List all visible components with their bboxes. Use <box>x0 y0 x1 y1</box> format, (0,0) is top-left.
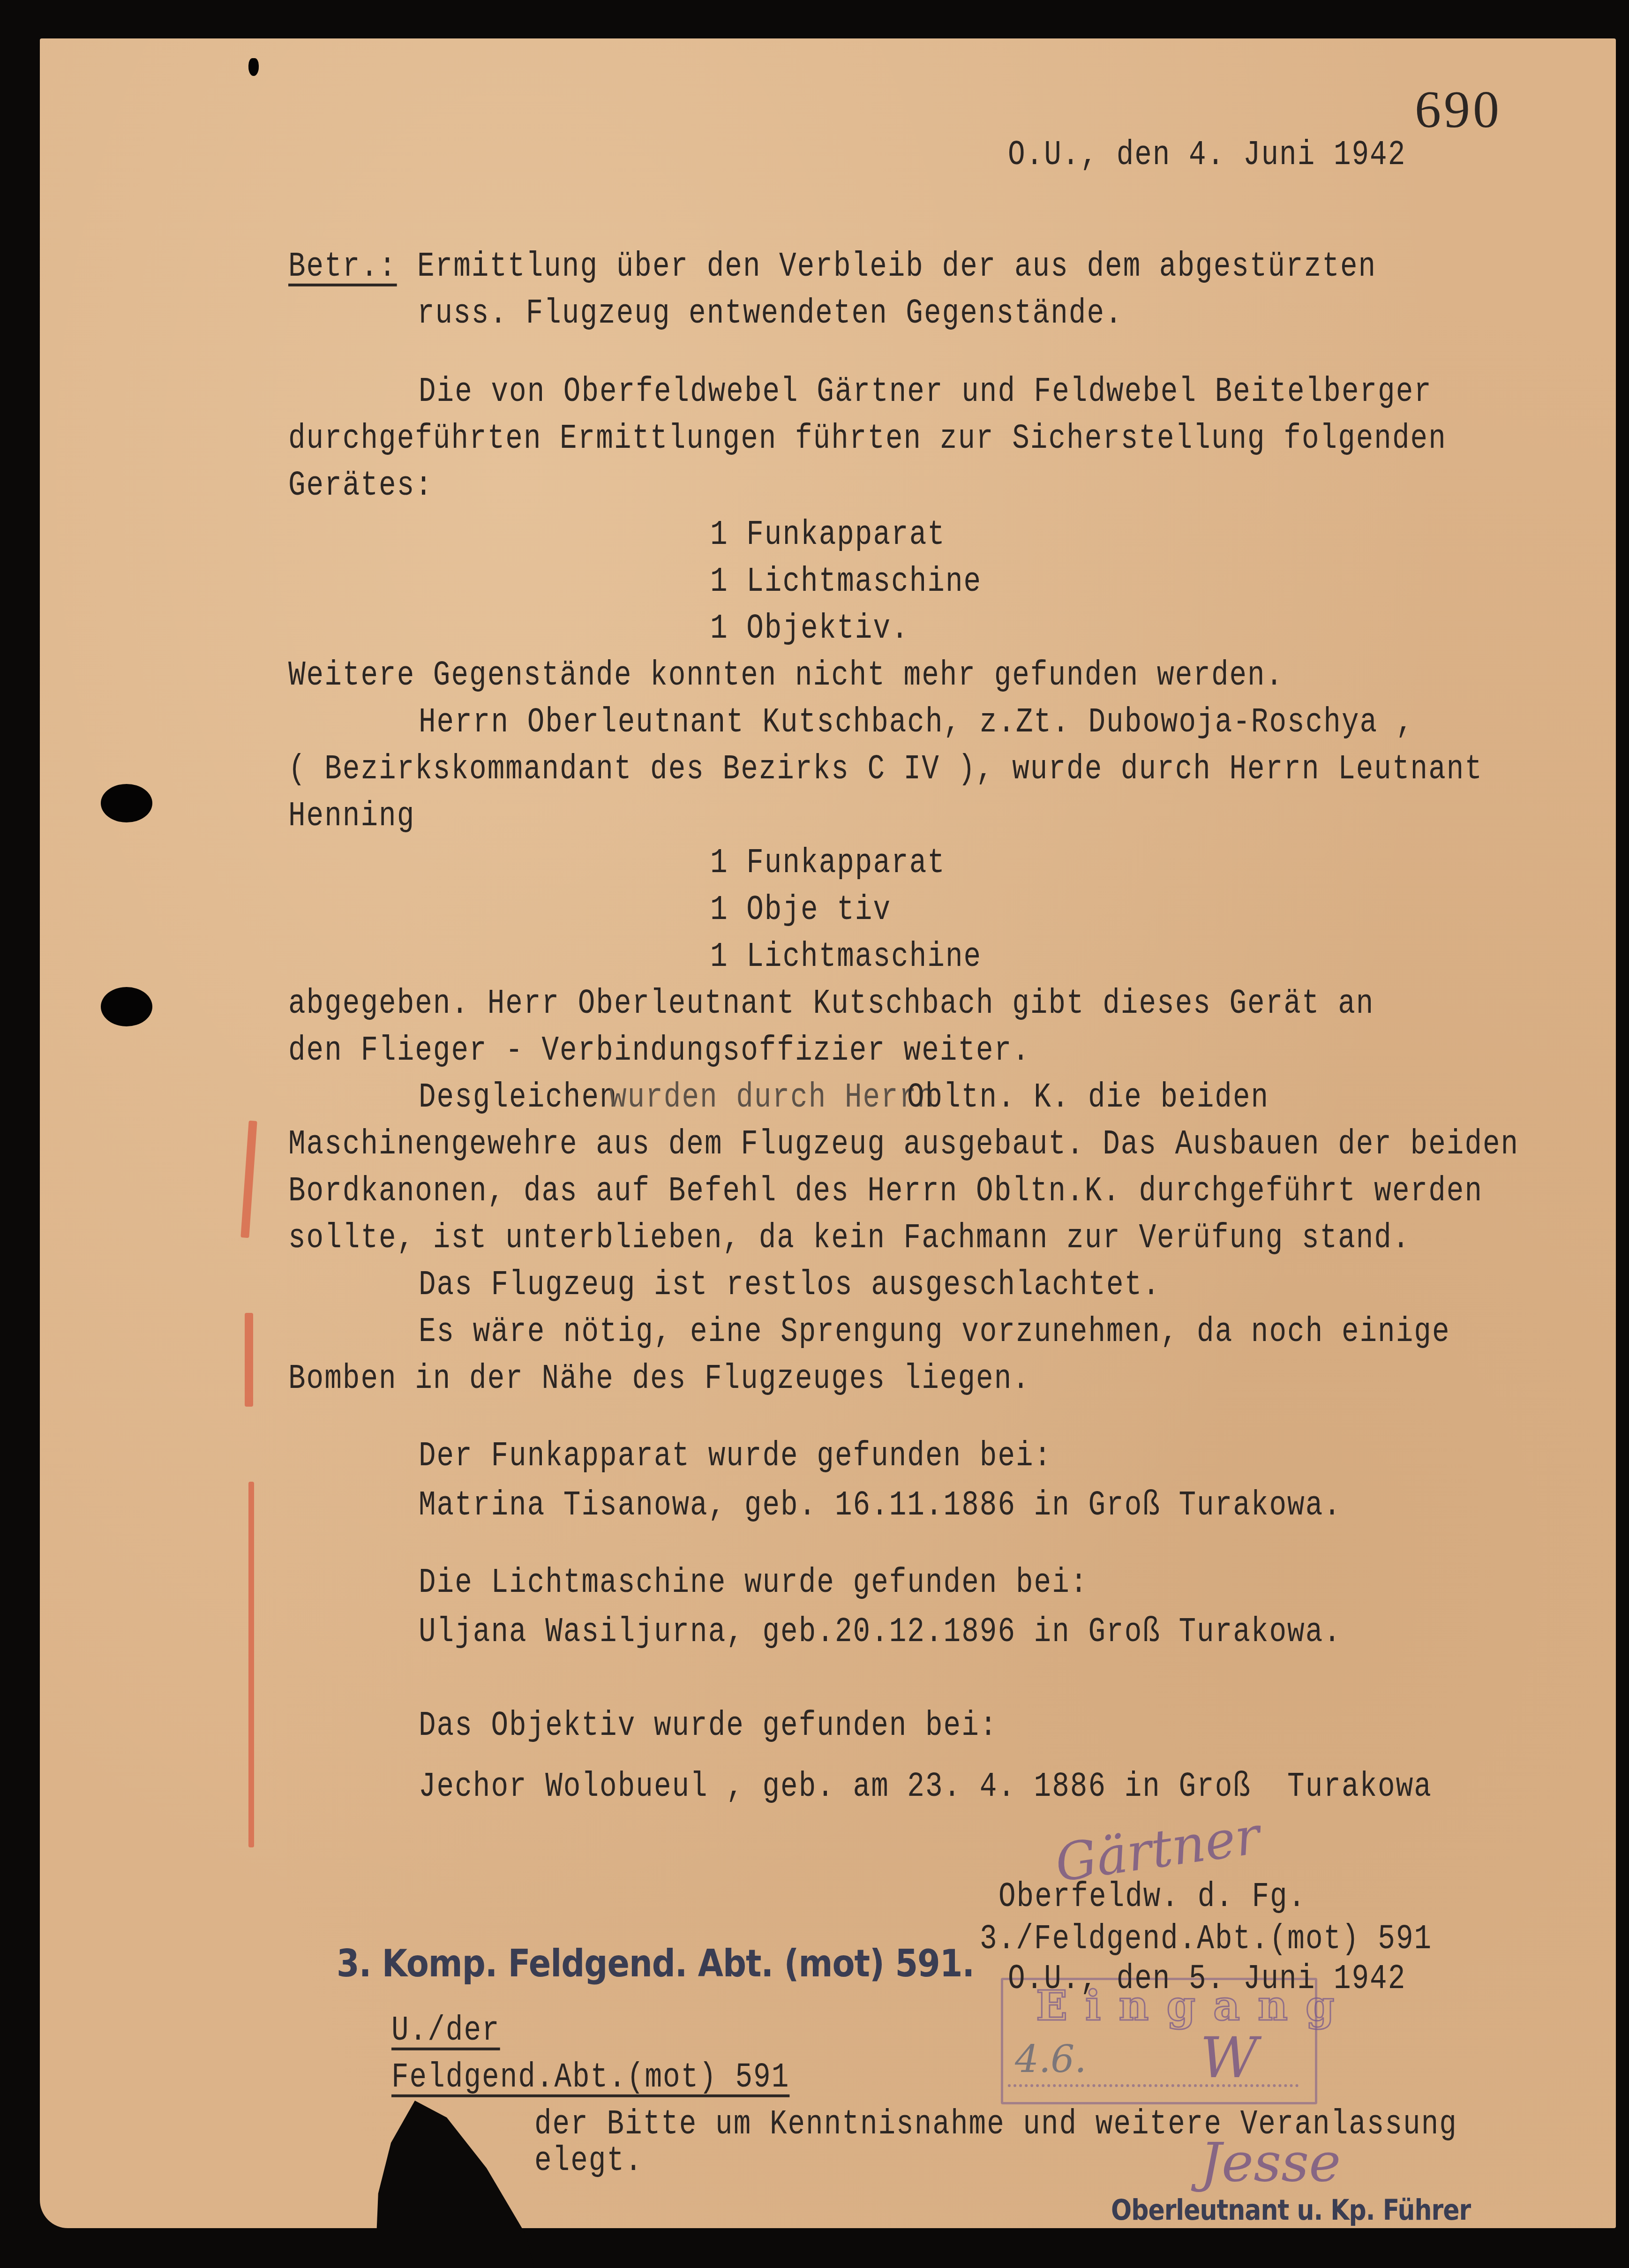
para7-line-2: Bomben in der Nähe des Flugzeuges liegen… <box>288 1360 1030 1399</box>
forward-to-line-1: U./der <box>391 2012 500 2050</box>
list2-item-3: 1 Lichtmaschine <box>710 938 982 977</box>
commander-title-stamp: Oberleutnant u. Kp. Führer <box>1111 2194 1471 2227</box>
list1-item-1: 1 Funkapparat <box>710 516 946 555</box>
red-margin-mark-2 <box>245 1313 253 1407</box>
finding-3-heading: Das Objektiv wurde gefunden bei: <box>419 1707 998 1746</box>
finding-1-heading: Der Funkapparat wurde gefunden bei: <box>419 1437 1052 1476</box>
dateline: O.U., den 4. Juni 1942 <box>1008 136 1406 175</box>
handwritten-signature-jesse: Jesse <box>1200 2131 1341 2194</box>
list2-item-2: 1 Obje tiv <box>710 891 891 930</box>
para3-line-2: ( Bezirkskommandant des Bezirks C IV ), … <box>288 750 1483 789</box>
list2-item-1: 1 Funkapparat <box>710 844 946 883</box>
para5-line-2: Maschinengewehre aus dem Flugzeug ausgeb… <box>288 1125 1519 1164</box>
para4-line-1: abgegeben. Herr Oberleutnant Kutschbach … <box>288 985 1374 1024</box>
para1-line-3: Gerätes: <box>288 467 433 505</box>
page-number: 690 <box>1415 80 1502 140</box>
finding-1-person: Matrina Tisanowa, geb. 16.11.1886 in Gro… <box>419 1486 1342 1525</box>
para6: Das Flugzeug ist restlos ausgeschlachtet… <box>419 1266 1161 1305</box>
list1-item-2: 1 Lichtmaschine <box>710 563 982 602</box>
unit-header-stamp: 3. Komp. Feldgend. Abt. (mot) 591. <box>337 1941 974 1985</box>
para7-line-1: Es wäre nötig, eine Sprengung vorzunehme… <box>419 1313 1450 1352</box>
punch-hole-lower <box>101 987 152 1026</box>
subject-label: Betr.: <box>288 248 397 286</box>
subject-line-2: russ. Flugzeug entwendeten Gegenstände. <box>417 294 1123 333</box>
forward-text-line-2: elegt. <box>534 2142 643 2181</box>
signature1-unit: 3./Feldgend.Abt.(mot) 591 <box>980 1920 1432 1959</box>
para5-line-3: Bordkanonen, das auf Befehl des Herrn Ob… <box>288 1172 1483 1211</box>
dateline-2: O.U., den 5. Juni 1942 <box>1008 1960 1406 1999</box>
para5-line-4: sollte, ist unterblieben, da kein Fachma… <box>288 1219 1411 1258</box>
subject-line-1: Ermittlung über den Verbleib der aus dem… <box>417 248 1376 286</box>
para1-line-2: durchgeführten Ermittlungen führten zur … <box>288 420 1447 459</box>
para5-line-1-end: Obltn. K. die beiden <box>907 1078 1269 1117</box>
para1-line-1: Die von Oberfeldwebel Gärtner und Feldwe… <box>419 373 1432 412</box>
forward-to-line-2: Feldgend.Abt.(mot) 591 <box>391 2058 789 2097</box>
punch-hole-top <box>248 58 259 76</box>
finding-2-heading: Die Lichtmaschine wurde gefunden bei: <box>419 1564 1088 1603</box>
receipt-initials: W <box>1200 2026 1258 2091</box>
signature1-rank: Oberfeldw. d. Fg. <box>998 1878 1306 1917</box>
finding-2-person: Uljana Wasiljurna, geb.20.12.1896 in Gro… <box>419 1613 1342 1652</box>
para5-line-1-faint: wurden durch Herrn <box>609 1078 935 1117</box>
para3-line-1: Herrn Oberleutnant Kutschbach, z.Zt. Dub… <box>419 703 1414 742</box>
para2: Weitere Gegenstände konnten nicht mehr g… <box>288 656 1284 695</box>
punch-hole-upper <box>101 784 152 822</box>
red-margin-mark-3 <box>248 1482 254 1847</box>
para4-line-2: den Flieger - Verbindungsoffizier weiter… <box>288 1032 1030 1070</box>
finding-3-person: Jechor Wolobueul , geb. am 23. 4. 1886 i… <box>419 1768 1432 1807</box>
para3-line-3: Henning <box>288 797 415 836</box>
receipt-handwritten-date: 4.6. <box>1015 2037 1087 2081</box>
list1-item-3: 1 Objektiv. <box>710 610 909 648</box>
para5-line-1-start: Desgleichen <box>419 1078 618 1117</box>
